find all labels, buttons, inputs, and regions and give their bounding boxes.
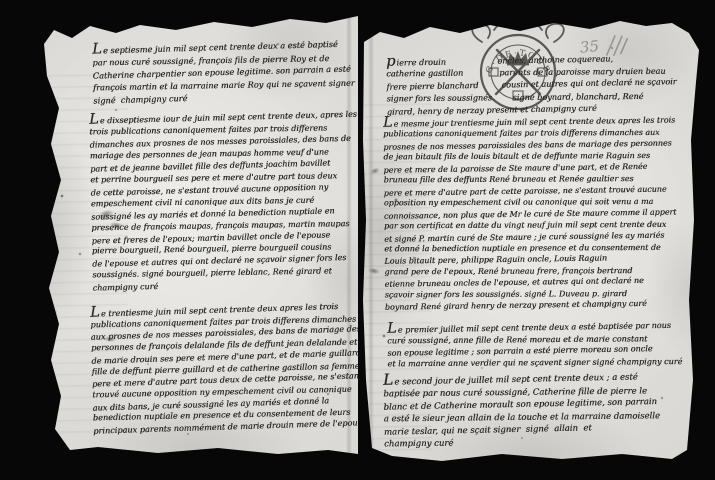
register-entry-right_page-1: pierre drouin oncles, anthoine coquereau… [386, 52, 677, 117]
manuscript-scan: Le septiesme juin mil sept cent trente d… [0, 0, 715, 480]
register-entry-right_page-2: Le mesme jour trentiesme juin mil sept c… [383, 115, 677, 313]
register-entry-right_page-3: Le premier juillet mil sept cent trente … [387, 320, 682, 370]
stamp-flourish [494, 20, 542, 30]
register-entry-left_page-2: Le dixseptiesme iour de juin mil sept ce… [89, 109, 358, 294]
manuscript-line: champigny curé [384, 435, 660, 451]
manuscript-line: et la marraine anne verdier qui ne sçave… [387, 356, 682, 370]
paper-crease [368, 18, 374, 464]
ink-smudge [368, 267, 381, 275]
right-page: G·DE·TOURS 35 pierre drouin oncles, anth… [362, 18, 703, 464]
ink-smudge [47, 308, 59, 318]
left-page: Le septiesme juin mil sept cent trente d… [28, 14, 358, 456]
ink-smudge [369, 166, 380, 175]
stamp-flourish [546, 24, 564, 42]
register-entry-left_page-3: Le trentiesme juin mil sept cent trente … [90, 301, 358, 437]
stamp-flourish [472, 24, 490, 42]
register-entry-right_page-4: Le second jour de juillet mil sept cent … [383, 371, 660, 452]
register-entry-left_page-1: Le septiesme juin mil sept cent trente d… [92, 38, 355, 107]
